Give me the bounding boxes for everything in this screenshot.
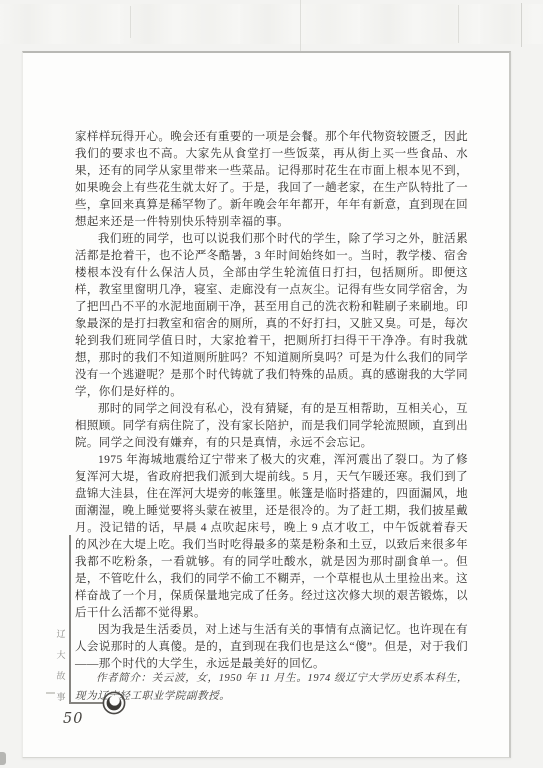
page-edge-crease [300, 0, 301, 51]
scan-streak-band [0, 4, 543, 44]
paragraph: 我们班的同学，也可以说我们那个时代的学生，除了学习之外，脏活累活都是抢着干，也不… [75, 231, 468, 401]
paragraph: 因为我是生活委员，对上述与生活有关的事情有点滴记忆。也许现在有人会说那时的人真傻… [75, 622, 468, 673]
series-label-char: 大 [56, 651, 65, 660]
scanned-book-page: 家样样玩得开心。晚会还有重要的一项是会餐。那个年代物资较匮乏，因此我们的要求也不… [0, 0, 543, 768]
series-label-char: 辽 [56, 630, 65, 639]
page-number: 50 [63, 711, 83, 727]
series-label-char: 事 [56, 693, 65, 702]
sidebar-horizontal-rule [69, 702, 103, 704]
page-edge-crease [130, 6, 131, 38]
page-edge-crease [458, 5, 459, 43]
series-label: 辽大故事 [53, 630, 69, 702]
scan-speck [0, 752, 6, 765]
sidebar-vertical-rule [69, 535, 71, 703]
paragraph: 那时的同学之间没有私心，没有猜疑，有的是互相帮助，互相关心，互相照顾。同学有病住… [75, 401, 468, 452]
page-edge-crease [521, 3, 522, 47]
author-bio: 作者简介：关云波，女，1950 年 11 月生。1974 级辽宁大学历史系本科生… [75, 670, 468, 707]
series-label-char: 故 [56, 672, 65, 681]
story-text: 家样样玩得开心。晚会还有重要的一项是会餐。那个年代物资较匮乏，因此我们的要求也不… [75, 129, 468, 673]
paragraph: 1975 年海城地震给辽宁带来了极大的灾难，浑河震出了裂口。为了修复浑河大堤，省… [75, 452, 468, 622]
paragraph: 家样样玩得开心。晚会还有重要的一项是会餐。那个年代物资较匮乏，因此我们的要求也不… [75, 129, 468, 231]
moon-stamp-icon [101, 690, 127, 716]
